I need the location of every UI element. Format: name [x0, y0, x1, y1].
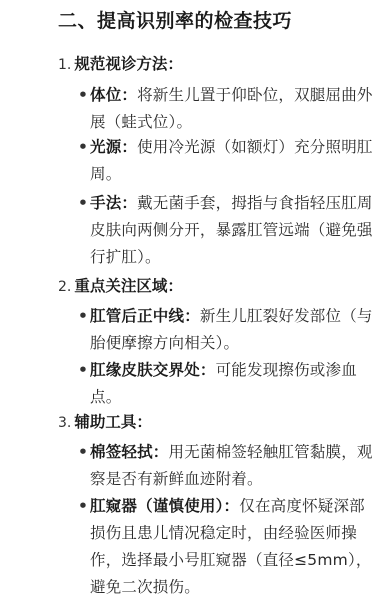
list-item: • 光源：使用冷光源（如额灯）充分照明肛周。 [76, 134, 374, 188]
item-term: 肛缘皮肤交界处： [90, 361, 216, 379]
subsection-title-1: 1.规范视诊方法： [58, 52, 183, 74]
item-term: 光源： [90, 138, 137, 156]
bullet-icon: • [76, 439, 90, 466]
subsection-number: 3. [58, 415, 71, 431]
list-item: • 肛窥器（谨慎使用）：仅在高度怀疑深部损伤且患儿情况稳定时，由经验医师操作，选… [76, 493, 374, 600]
item-term: 肛窥器（谨慎使用）： [90, 497, 239, 515]
bullet-icon: • [76, 134, 90, 161]
subsection-title-2: 2.重点关注区域： [58, 274, 183, 296]
list-item: • 棉签轻拭：用无菌棉签轻触肛管黏膜，观察是否有新鲜血迹附着。 [76, 439, 374, 493]
bullet-icon: • [76, 190, 90, 217]
item-term: 棉签轻拭： [90, 443, 169, 461]
subsection-title-3: 3.辅助工具： [58, 410, 152, 432]
bullet-icon: • [76, 357, 90, 384]
subsection-number: 1. [58, 57, 71, 73]
list-item: • 体位：将新生儿置于仰卧位，双腿屈曲外展（蛙式位）。 [76, 82, 374, 136]
list-item: • 肛缘皮肤交界处：可能发现擦伤或渗血点。 [76, 357, 374, 411]
subsection-label: 重点关注区域： [74, 277, 183, 295]
bullet-icon: • [76, 303, 90, 330]
item-term: 肛管后正中线： [90, 307, 200, 325]
bullet-icon: • [76, 82, 90, 109]
section-heading: 二、提高识别率的检查技巧 [58, 6, 292, 33]
list-item: • 手法：戴无菌手套，拇指与食指轻压肛周皮肤向两侧分开，暴露肛管远端（避免强行扩… [76, 190, 374, 271]
item-term: 手法： [90, 194, 137, 212]
bullet-icon: • [76, 493, 90, 520]
list-item: • 肛管后正中线：新生儿肛裂好发部位（与胎便摩擦方向相关）。 [76, 303, 374, 357]
subsection-label: 辅助工具： [74, 413, 152, 431]
item-term: 体位： [90, 86, 137, 104]
subsection-number: 2. [58, 279, 71, 295]
subsection-label: 规范视诊方法： [74, 55, 183, 73]
